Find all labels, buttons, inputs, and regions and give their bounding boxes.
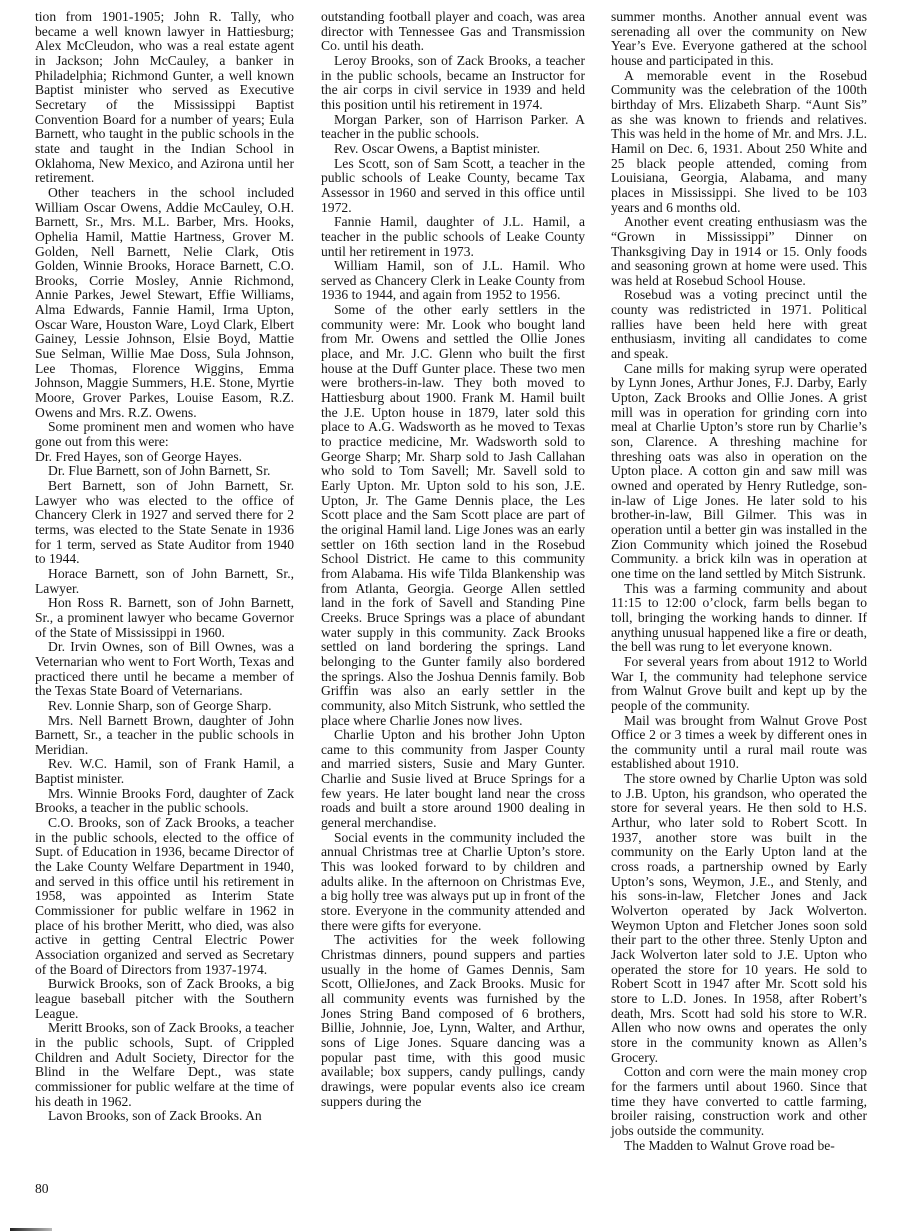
paragraph: This was a farming community and about 1… xyxy=(611,582,867,655)
paragraph: The store owned by Charlie Upton was sol… xyxy=(611,772,867,1065)
paragraph: The activities for the week following Ch… xyxy=(321,933,585,1109)
paragraph: Cane mills for making syrup were operate… xyxy=(611,362,867,582)
paragraph: Fannie Hamil, daughter of J.L. Hamil, a … xyxy=(321,215,585,259)
paragraph: Rev. Lonnie Sharp, son of George Sharp. xyxy=(35,699,294,714)
paragraph: Horace Barnett, son of John Barnett, Sr.… xyxy=(35,567,294,596)
text-column-3: summer months. Another annual event was … xyxy=(611,10,867,1153)
paragraph: Dr. Irvin Ownes, son of Bill Ownes, was … xyxy=(35,640,294,699)
paragraph: William Hamil, son of J.L. Hamil. Who se… xyxy=(321,259,585,303)
paragraph: Mail was brought from Walnut Grove Post … xyxy=(611,714,867,773)
paragraph: A memorable event in the Rosebud Communi… xyxy=(611,69,867,216)
paragraph: Morgan Parker, son of Harrison Parker. A… xyxy=(321,113,585,142)
paragraph: Burwick Brooks, son of Zack Brooks, a bi… xyxy=(35,977,294,1021)
paragraph: Lavon Brooks, son of Zack Brooks. An xyxy=(35,1109,294,1124)
paragraph: Mrs. Nell Barnett Brown, daughter of Joh… xyxy=(35,714,294,758)
paragraph: Les Scott, son of Sam Scott, a teacher i… xyxy=(321,157,585,216)
paragraph: Cotton and corn were the main money crop… xyxy=(611,1065,867,1138)
paragraph: Hon Ross R. Barnett, son of John Barnett… xyxy=(35,596,294,640)
paragraph: Rev. Oscar Owens, a Baptist minister. xyxy=(321,142,585,157)
paragraph: Rev. W.C. Hamil, son of Frank Hamil, a B… xyxy=(35,757,294,786)
paragraph: summer months. Another annual event was … xyxy=(611,10,867,69)
text-column-1: tion from 1901-1905; John R. Tally, who … xyxy=(35,10,294,1124)
paragraph: Bert Barnett, son of John Barnett, Sr. L… xyxy=(35,479,294,567)
paragraph: The Madden to Walnut Grove road be- xyxy=(611,1139,867,1154)
paragraph: C.O. Brooks, son of Zack Brooks, a teach… xyxy=(35,816,294,977)
text-column-2: outstanding football player and coach, w… xyxy=(321,10,585,1109)
paragraph: For several years from about 1912 to Wor… xyxy=(611,655,867,714)
paragraph: Dr. Flue Barnett, son of John Barnett, S… xyxy=(35,464,294,479)
paragraph: Mrs. Winnie Brooks Ford, daughter of Zac… xyxy=(35,787,294,816)
paragraph: Dr. Fred Hayes, son of George Hayes. xyxy=(35,450,294,465)
document-page: tion from 1901-1905; John R. Tally, who … xyxy=(0,0,900,1231)
paragraph: Charlie Upton and his brother John Upton… xyxy=(321,728,585,831)
paragraph: Other teachers in the school included Wi… xyxy=(35,186,294,421)
page-number: 80 xyxy=(35,1181,49,1197)
paragraph: Leroy Brooks, son of Zack Brooks, a teac… xyxy=(321,54,585,113)
paragraph: Some of the other early settlers in the … xyxy=(321,303,585,728)
paragraph: Meritt Brooks, son of Zack Brooks, a tea… xyxy=(35,1021,294,1109)
paragraph: Rosebud was a voting precinct until the … xyxy=(611,288,867,361)
paragraph: Some prominent men and women who have go… xyxy=(35,420,294,449)
paragraph: tion from 1901-1905; John R. Tally, who … xyxy=(35,10,294,186)
paragraph: outstanding football player and coach, w… xyxy=(321,10,585,54)
paragraph: Another event creating enthusiasm was th… xyxy=(611,215,867,288)
paragraph: Social events in the community included … xyxy=(321,831,585,934)
